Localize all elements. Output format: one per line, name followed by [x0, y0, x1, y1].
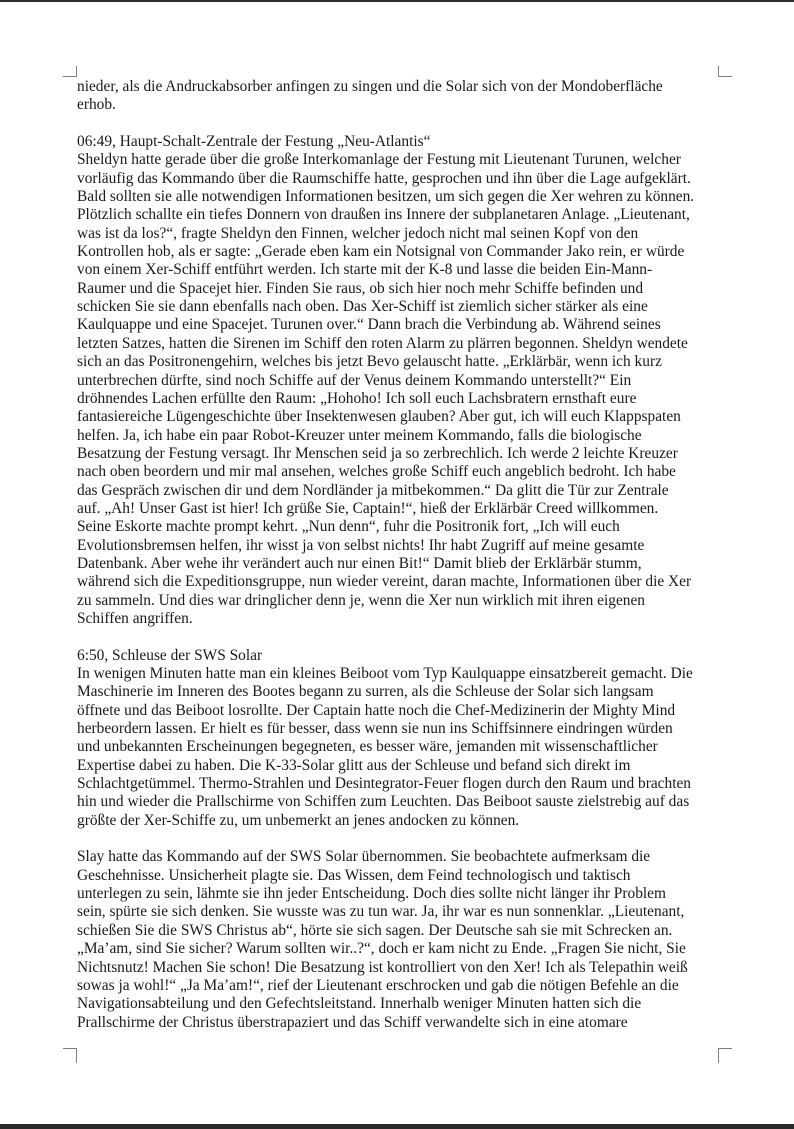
text-line: vorläufig das Kommando über die Raumschi…: [77, 170, 722, 188]
text-line: und unbekannten Erscheinungen begegneten…: [77, 738, 722, 756]
text-line: Geschehnisse. Unsicherheit plagte sie. D…: [77, 867, 722, 885]
text-line: sein, spürte sie sich denken. Sie wusste…: [77, 903, 722, 921]
text-line: hin und wieder die Prallschirme von Schi…: [77, 793, 722, 811]
text-line: schießen Sie die SWS Christus ab“, hörte…: [77, 922, 722, 940]
text-line: öffnete und das Beiboot losrollte. Der C…: [77, 702, 722, 720]
text-line: Nichtsnutz! Machen Sie schon! Die Besatz…: [77, 959, 722, 977]
text-line: Seine Eskorte machte prompt kehrt. „Nun …: [77, 518, 722, 536]
text-line: Navigationsabteilung und den Gefechtslei…: [77, 995, 722, 1013]
paragraph: Slay hatte das Kommando auf der SWS Sola…: [77, 848, 722, 1031]
text-line: schicken Sie sie dann ebenfalls nach obe…: [77, 298, 722, 316]
margin-corner-mark-bottom-right: [718, 1048, 732, 1063]
text-line: unterlegen zu sein, lähmte sie ihn jeder…: [77, 885, 722, 903]
text-line: Sheldyn hatte gerade über die große Inte…: [77, 151, 722, 169]
text-line: Schiffen angriffen.: [77, 610, 722, 628]
text-line: Expertise dabei zu haben. Die K-33-Solar…: [77, 757, 722, 775]
text-line: Schlachtgetümmel. Thermo-Strahlen und De…: [77, 775, 722, 793]
text-line: erhob.: [77, 96, 722, 114]
text-line: größte der Xer-Schiffe zu, um unbemerkt …: [77, 812, 722, 830]
text-line: zu sammeln. Und dies war dringlicher den…: [77, 592, 722, 610]
text-line: nieder, als die Andruckabsorber anfingen…: [77, 78, 722, 96]
section-heading: 6:50, Schleuse der SWS Solar: [77, 647, 722, 665]
margin-corner-mark-top-left: [63, 66, 77, 77]
text-line: sowas ja wohl!“ „Ja Ma’am!“, rief der Li…: [77, 977, 722, 995]
text-line: Bald sollten sie alle notwendigen Inform…: [77, 188, 722, 206]
text-line: letzten Satzes, hatten die Sirenen im Sc…: [77, 335, 722, 353]
text-line: das Gespräch zwischen dir und dem Nordlä…: [77, 482, 722, 500]
text-line: nach oben beordern und mir mal ansehen, …: [77, 463, 722, 481]
text-line: Prallschirme der Christus überstrapazier…: [77, 1014, 722, 1032]
text-line: Plötzlich schallte ein tiefes Donnern vo…: [77, 206, 722, 224]
text-line: von einem Xer-Schiff entführt werden. Ic…: [77, 261, 722, 279]
text-line: helfen. Ja, ich habe ein paar Robot-Kreu…: [77, 427, 722, 445]
paragraph: nieder, als die Andruckabsorber anfingen…: [77, 78, 722, 115]
paragraph: Sheldyn hatte gerade über die große Inte…: [77, 151, 722, 628]
window-bottom-border: [0, 1124, 794, 1129]
text-line: fantasiereiche Lügengeschichte über Inse…: [77, 408, 722, 426]
text-line: sich an das Positronengehirn, welches bi…: [77, 353, 722, 371]
document-body-text[interactable]: nieder, als die Andruckabsorber anfingen…: [77, 78, 722, 1032]
text-line: unterbrechen dürfte, sind noch Schiffe a…: [77, 372, 722, 390]
text-line: Raumer und die Spacejet hier. Finden Sie…: [77, 280, 722, 298]
text-line: Besatzung der Festung versagt. Ihr Mensc…: [77, 445, 722, 463]
text-line: Datenbank. Aber wehe ihr verändert auch …: [77, 555, 722, 573]
text-line: Evolutionsbremsen helfen, ihr wisst ja v…: [77, 537, 722, 555]
text-line: Kaulquappe und eine Spacejet. Turunen ov…: [77, 316, 722, 334]
text-line: „Ma’am, sind Sie sicher? Warum sollten w…: [77, 940, 722, 958]
text-line: Kontrollen hob, als er sagte: „Gerade eb…: [77, 243, 722, 261]
paragraph: In wenigen Minuten hatte man ein kleines…: [77, 665, 722, 830]
text-line: In wenigen Minuten hatte man ein kleines…: [77, 665, 722, 683]
text-line: auf. „Ah! Unser Gast ist hier! Ich grüße…: [77, 500, 722, 518]
paragraph-spacer: [77, 115, 722, 133]
document-page[interactable]: nieder, als die Andruckabsorber anfingen…: [0, 2, 794, 1124]
text-line: dröhnendes Lachen erfüllte den Raum: „Ho…: [77, 390, 722, 408]
margin-corner-mark-top-right: [718, 66, 732, 77]
text-line: Maschinerie im Inneren des Bootes begann…: [77, 683, 722, 701]
text-line: während sich die Expeditionsgruppe, nun …: [77, 573, 722, 591]
section-heading: 06:49, Haupt-Schalt-Zentrale der Festung…: [77, 133, 722, 151]
margin-corner-mark-bottom-left: [63, 1048, 77, 1063]
text-line: was ist da los?“, fragte Sheldyn den Fin…: [77, 225, 722, 243]
paragraph-spacer: [77, 628, 722, 646]
text-line: Slay hatte das Kommando auf der SWS Sola…: [77, 848, 722, 866]
paragraph-spacer: [77, 830, 722, 848]
text-line: herbeordern lassen. Er hielt es für bess…: [77, 720, 722, 738]
